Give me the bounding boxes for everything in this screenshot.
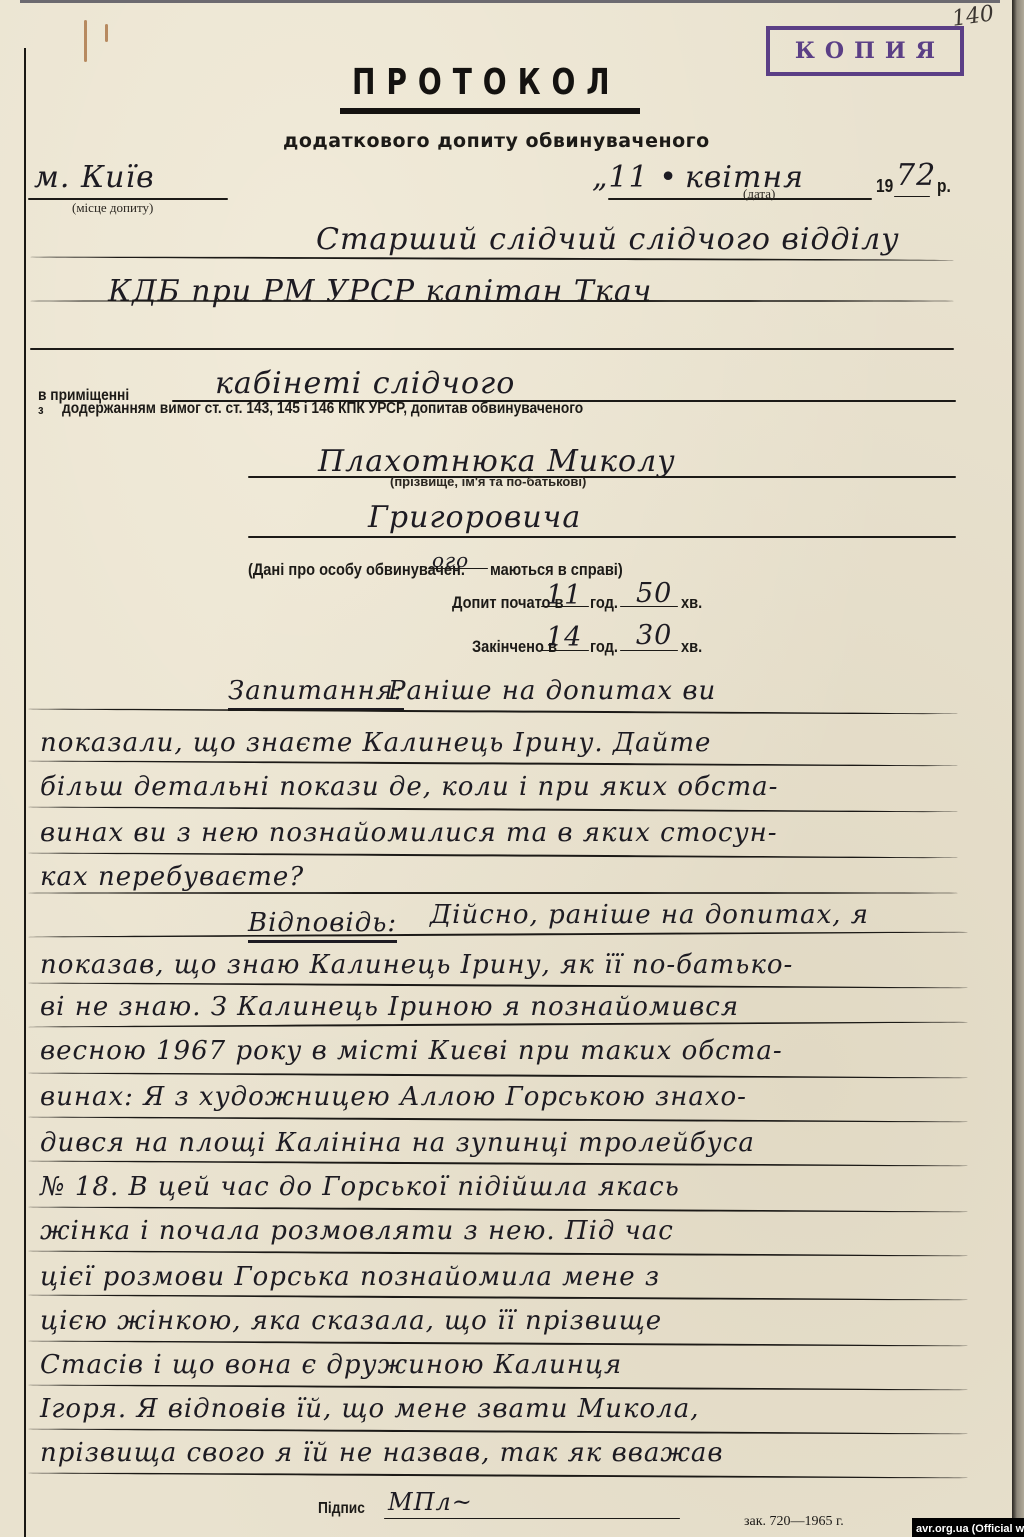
start-min-underline	[620, 606, 678, 607]
body-line: більш детальні покази де, коли і при яки…	[40, 772, 778, 802]
body-line: весною 1967 року в місті Києві при таких…	[40, 1036, 783, 1066]
rust-stain	[105, 24, 108, 42]
answer-label-text: Відповідь:	[248, 908, 397, 943]
place-caption: (місце допиту)	[72, 200, 153, 216]
legal-basis-prefix: з	[38, 402, 44, 417]
year-suffix: р.	[937, 176, 951, 197]
start-minute: 50	[636, 578, 672, 609]
title-underline	[340, 108, 640, 114]
question-label: Запитання:	[228, 676, 404, 706]
year-handwritten: 72	[896, 158, 936, 193]
signature-label: Підпис	[318, 1500, 365, 1518]
hour-label-2: год.	[590, 637, 618, 657]
form-line	[30, 348, 954, 350]
question-label-text: Запитання:	[228, 676, 404, 711]
left-margin-line	[24, 48, 26, 1537]
accused-name-caption: (прізвище, ім'я та по-батькові)	[390, 474, 586, 489]
body-line: цією жінкою, яка сказала, що її прізвище	[40, 1306, 662, 1336]
body-line: дився на площі Калініна на зупинці троле…	[40, 1128, 755, 1158]
date-caption: (дата)	[743, 186, 775, 202]
page-edge	[1012, 0, 1024, 1537]
body-line: винах ви з нею познайомилися та в яких с…	[40, 818, 778, 848]
year-prefix: 19	[876, 176, 893, 197]
body-line: ві не знаю. З Калинець Іриною я познайом…	[40, 992, 739, 1022]
print-order-code: зак. 720—1965 г.	[744, 1514, 844, 1530]
end-label: Закінчено в	[472, 637, 557, 657]
body-line: Дійсно, раніше на допитах, я	[430, 900, 869, 930]
min-label-2: хв.	[681, 637, 702, 657]
date-day: „11 •	[592, 160, 678, 195]
date-underline	[608, 198, 872, 200]
document-title: ПРОТОКОЛ	[352, 62, 620, 103]
investigator-line-1: Старший слідчий слідчого відділу	[316, 222, 900, 257]
body-line: показав, що знаю Калинець Ірину, як її п…	[40, 950, 793, 980]
end-hour: 14	[546, 622, 582, 653]
place-value: м. Київ	[34, 160, 155, 195]
signature: МПл~	[388, 1488, 473, 1516]
end-hour-underline	[541, 650, 589, 651]
copy-stamp: КОПИЯ	[766, 26, 964, 76]
body-line: Раніше на допитах ви	[388, 676, 716, 706]
investigator-line-2: КДБ при РМ УРСР капітан Ткач	[108, 274, 652, 309]
form-line	[30, 300, 954, 302]
body-line: цієї розмови Горська познайомила мене з	[40, 1262, 660, 1292]
body-line: ках перебуваєте?	[40, 862, 304, 892]
body-line: жінка і почала розмовляти з нею. Під час	[40, 1216, 674, 1246]
hour-label: год.	[590, 593, 618, 613]
start-hour-underline	[541, 606, 589, 607]
body-line: Стасів і що вона є дружиною Калинця	[40, 1350, 622, 1380]
end-min-underline	[620, 650, 678, 651]
signature-line	[384, 1518, 680, 1519]
source-credit: avr.org.ua (Official website)	[912, 1518, 1024, 1537]
accused-name-underline	[248, 476, 956, 478]
document-subtitle: додаткового допиту обвинуваченого	[283, 130, 710, 152]
accused-name-underline-2	[248, 536, 956, 538]
rust-stain	[84, 20, 87, 62]
legal-basis-text: додержанням вимог ст. ст. 143, 145 і 146…	[62, 400, 583, 418]
accused-data-label-after: маються в справі)	[490, 560, 623, 580]
accused-name-line-2: Григоровича	[368, 500, 581, 535]
year-underline	[894, 196, 930, 197]
body-rule	[28, 892, 958, 894]
min-label: хв.	[681, 593, 702, 613]
end-minute: 30	[636, 620, 672, 651]
accused-data-underline	[428, 568, 488, 569]
body-line: Ігоря. Я відповів їй, що мене звати Мико…	[40, 1394, 699, 1424]
location-value: кабінеті слідчого	[215, 366, 515, 401]
body-line: прізвища свого я їй не назвав, так як вв…	[40, 1438, 724, 1468]
page-top-edge	[20, 0, 1000, 3]
body-line: винах: Я з художницею Аллою Горською зна…	[40, 1082, 747, 1112]
body-line: № 18. В цей час до Горської підійшла яка…	[40, 1172, 680, 1202]
body-line: показали, що знаєте Калинець Ірину. Дайт…	[40, 728, 711, 758]
